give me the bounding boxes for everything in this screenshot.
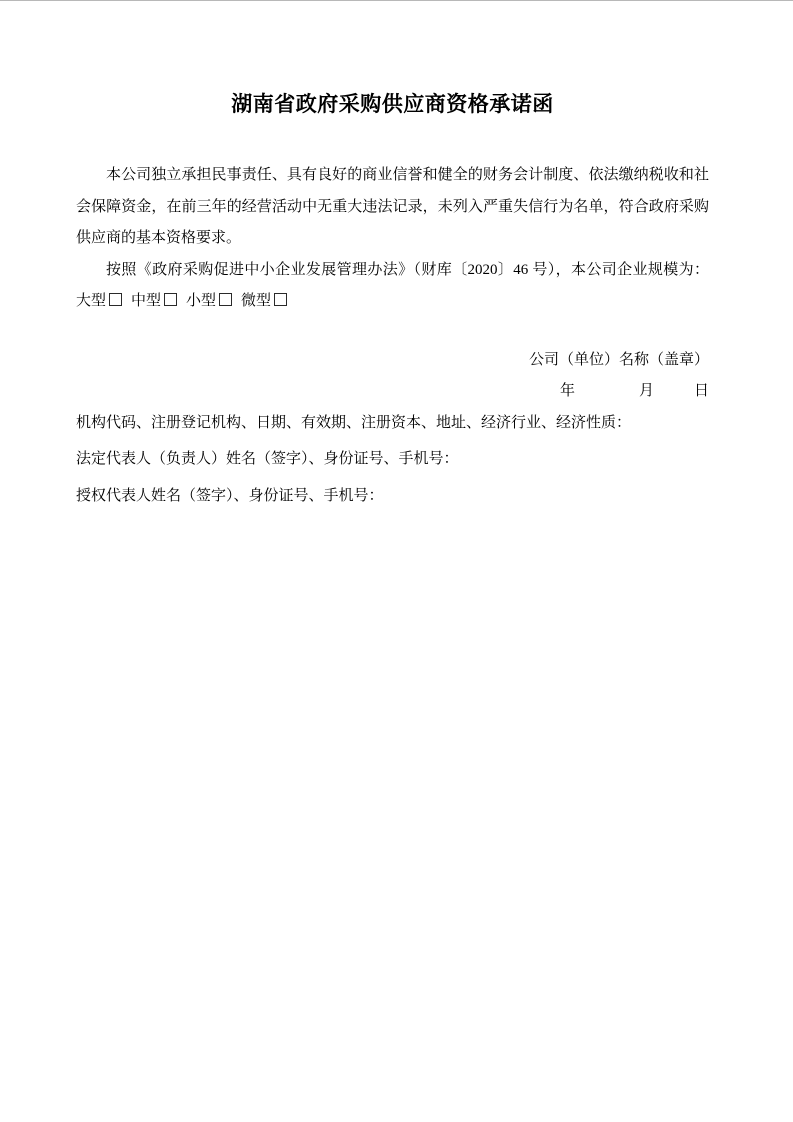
date-month-label: 月 [639,383,654,399]
size-option-small-label: 小型 [186,293,216,309]
enterprise-scale-paragraph: 按照《政府采购促进中小企业发展管理办法》（财库〔2020〕46 号），本公司企业… [76,255,709,318]
info-line-authorized-representative: 授权代表人姓名（签字）、身份证号、手机号： [76,481,709,513]
medium-size-checkbox[interactable] [164,293,177,306]
info-block: 机构代码、注册登记机构、日期、有效期、注册资本、地址、经济行业、经济性质： 法定… [76,408,709,513]
company-name-seal-line: 公司（单位）名称（盖章） [76,345,709,377]
info-line-legal-representative: 法定代表人（负责人）姓名（签字）、身份证号、手机号： [76,444,709,476]
small-size-checkbox[interactable] [219,293,232,306]
size-option-micro: 微型 [241,293,287,309]
size-option-micro-label: 微型 [241,293,271,309]
date-day-label: 日 [694,383,709,399]
date-line: 年月日 [76,376,709,408]
size-option-large: 大型 [76,293,122,309]
large-size-checkbox[interactable] [109,293,122,306]
document-title: 湖南省政府采购供应商资格承诺函 [76,93,709,117]
enterprise-scale-text: 按照《政府采购促进中小企业发展管理办法》（财库〔2020〕46 号），本公司企业… [106,262,709,278]
document-page: 湖南省政府采购供应商资格承诺函 本公司独立承担民事责任、具有良好的商业信誉和健全… [0,0,793,1122]
date-year-label: 年 [560,383,575,399]
size-option-small: 小型 [186,293,232,309]
size-option-large-label: 大型 [76,293,106,309]
commitment-paragraph: 本公司独立承担民事责任、具有良好的商业信誉和健全的财务会计制度、依法缴纳税收和社… [76,160,709,255]
size-option-medium: 中型 [131,293,177,309]
document-content: 湖南省政府采购供应商资格承诺函 本公司独立承担民事责任、具有良好的商业信誉和健全… [0,1,793,512]
micro-size-checkbox[interactable] [274,293,287,306]
info-line-registration: 机构代码、注册登记机构、日期、有效期、注册资本、地址、经济行业、经济性质： [76,408,709,440]
size-option-medium-label: 中型 [131,293,161,309]
